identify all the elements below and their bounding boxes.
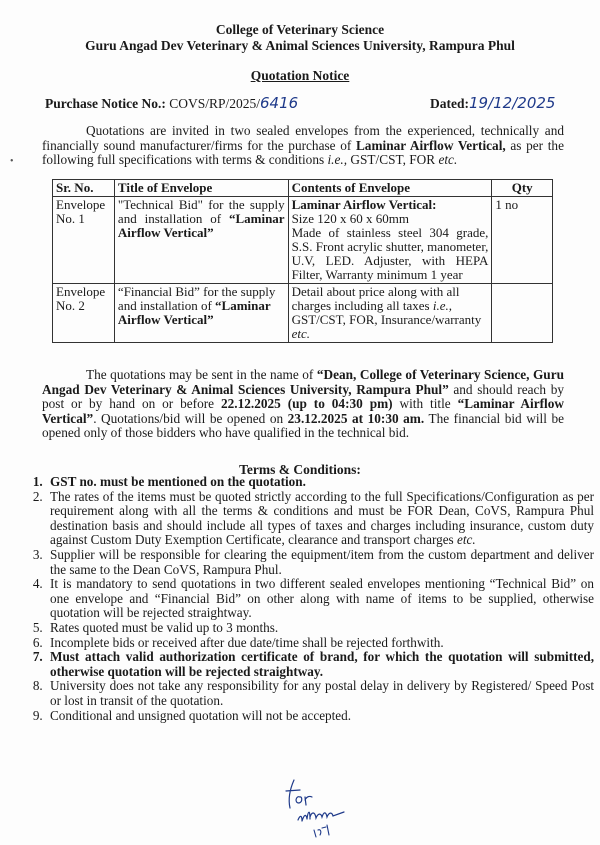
row2-contents-etc: etc.	[292, 326, 310, 341]
handwritten-signature	[272, 775, 362, 845]
notice-date: Dated:19/12/2025	[430, 94, 555, 112]
row2-contents: Detail about price along with all charge…	[288, 284, 492, 343]
submission-deadline: 22.12.2025 (up to 04:30 pm)	[221, 396, 393, 411]
intro-ie: i.e.,	[327, 152, 347, 167]
header-contents: Contents of Envelope	[288, 180, 492, 197]
term-item: Supplier will be responsible for clearin…	[46, 548, 594, 577]
submission-paragraph: The quotations may be sent in the name o…	[42, 368, 564, 441]
notice-label: Purchase Notice No.:	[45, 96, 166, 111]
intro-item: Laminar Airflow Vertical,	[356, 138, 506, 153]
table-row: Envelope No. 2 “Financial Bid” for the s…	[53, 284, 553, 343]
submission-text-1: The quotations may be sent in the name o…	[86, 367, 317, 382]
row1-title: "Technical Bid" for the supply and insta…	[114, 197, 288, 284]
row1-sr: Envelope No. 1	[53, 197, 115, 284]
table-header-row: Sr. No. Title of Envelope Contents of En…	[53, 180, 553, 197]
document-title-text: Quotation Notice	[251, 68, 350, 83]
university-name: Guru Angad Dev Veterinary & Animal Scien…	[0, 38, 600, 54]
submission-opening-date: 23.12.2025 at 10:30 am.	[288, 411, 425, 426]
row1-qty: 1 no	[492, 197, 553, 284]
row2-qty	[492, 284, 553, 343]
row2-contents-ie: i.e.,	[433, 298, 452, 313]
envelope-table: Sr. No. Title of Envelope Contents of En…	[52, 179, 553, 343]
row1-contents: Laminar Airflow Vertical: Size 120 x 60 …	[288, 197, 492, 284]
intro-text-3: GST/CST, FOR	[347, 152, 438, 167]
row1-contents-size: Size 120 x 60 x 60mm	[292, 211, 409, 226]
term-item: University does not take any responsibil…	[46, 679, 594, 708]
dated-label: Dated:	[430, 96, 469, 111]
term-item: It is mandatory to send quotations in tw…	[46, 577, 594, 621]
term-item: The rates of the items must be quoted st…	[46, 490, 594, 548]
term-item: Conditional and unsigned quotation will …	[46, 709, 594, 724]
notice-prefix: COVS/RP/2025/	[169, 96, 260, 111]
submission-text-4: . Quotations/bid will be opened on	[93, 411, 287, 426]
row2-title: “Financial Bid” for the supply and insta…	[114, 284, 288, 343]
term-item: Must attach valid authorization certific…	[46, 650, 594, 679]
term-item: GST no. must be mentioned on the quotati…	[46, 475, 594, 490]
table-row: Envelope No. 1 "Technical Bid" for the s…	[53, 197, 553, 284]
handwritten-date: 19/12/2025	[469, 94, 555, 112]
purchase-notice-number: Purchase Notice No.: COVS/RP/2025/6416	[45, 94, 298, 112]
row1-contents-heading: Laminar Airflow Vertical:	[292, 197, 437, 212]
term-2-etc: etc.	[457, 532, 476, 547]
row1-contents-spec: Made of stainless steel 304 grade, S.S. …	[292, 225, 489, 282]
header-title: Title of Envelope	[114, 180, 288, 197]
college-name: College of Veterinary Science	[0, 22, 600, 38]
intro-etc: etc.	[438, 152, 457, 167]
margin-mark: •	[10, 156, 14, 167]
header-qty: Qty	[492, 180, 553, 197]
intro-paragraph: Quotations are invited in two sealed env…	[42, 124, 564, 168]
handwritten-notice-number: 6416	[260, 94, 298, 112]
row2-sr: Envelope No. 2	[53, 284, 115, 343]
row2-contents-mid: GST/CST, FOR, Insurance/warranty	[292, 312, 482, 327]
term-2-text: The rates of the items must be quoted st…	[50, 489, 594, 548]
term-item: Rates quoted must be valid up to 3 month…	[46, 621, 594, 636]
submission-text-3: with title	[393, 396, 458, 411]
term-item: Incomplete bids or received after due da…	[46, 636, 594, 651]
document-title: Quotation Notice	[0, 68, 600, 84]
terms-list: GST no. must be mentioned on the quotati…	[16, 475, 594, 723]
header-sr-no: Sr. No.	[53, 180, 115, 197]
